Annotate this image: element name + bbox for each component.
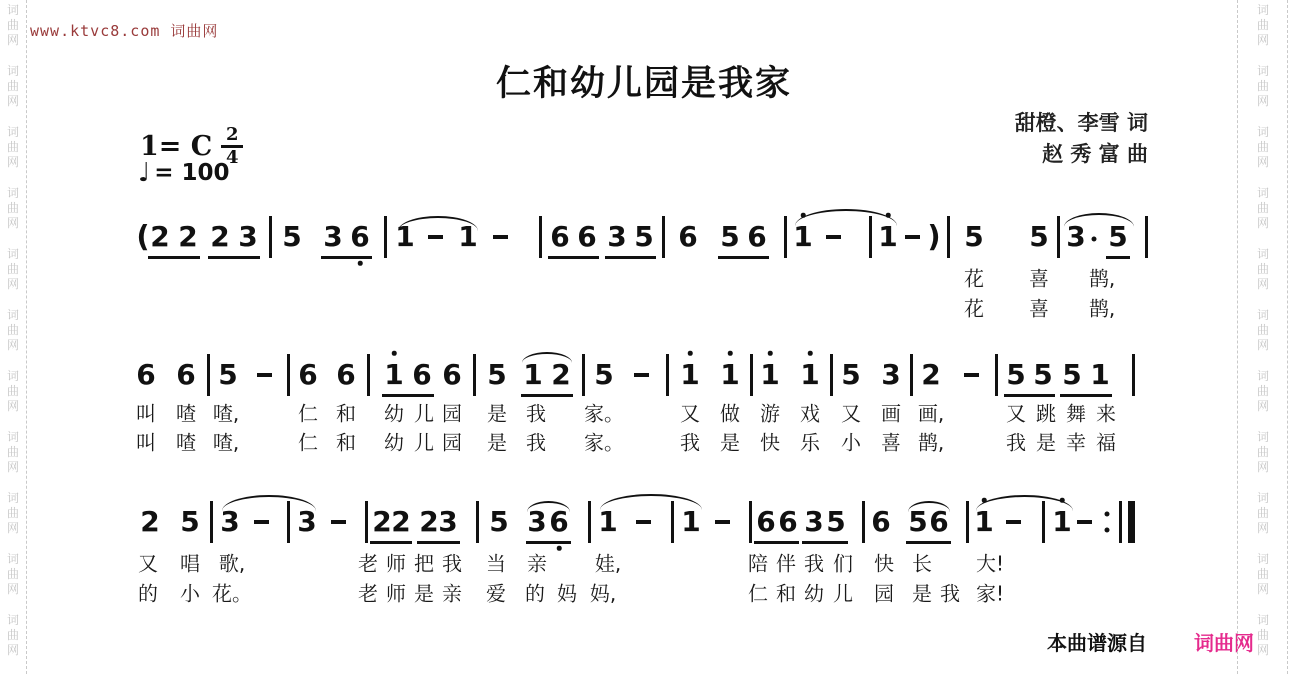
- note-digit: 2: [178, 223, 197, 251]
- border-dashed-line: [1237, 0, 1238, 674]
- tempo-marking: ♩ = 100: [138, 160, 230, 186]
- note-digit: 1: [793, 223, 812, 251]
- note-digit: 3: [607, 223, 626, 251]
- note-digit: 6: [350, 223, 369, 251]
- duration-dash: [331, 520, 346, 524]
- lyricist-credit: 甜橙、李雪 词: [1015, 108, 1148, 139]
- site-watermark: www.ktvc8.com 词曲网: [30, 20, 218, 41]
- lyric-syllable: 喜: [1029, 263, 1049, 292]
- barline: [749, 501, 752, 543]
- note-digit: 1: [598, 508, 617, 536]
- lyric-syllable: 我: [804, 548, 824, 577]
- lyric-syllable: 和: [336, 427, 356, 456]
- border-watermark-char: 曲: [7, 446, 19, 458]
- note-digit: 5: [720, 223, 739, 251]
- lyric-syllable: 福: [1096, 427, 1116, 456]
- barline: [582, 354, 585, 396]
- beam-line: [1004, 394, 1055, 397]
- border-watermark-char: 网: [1257, 400, 1269, 412]
- border-watermark-char: 词: [1257, 126, 1269, 138]
- repeat-dot: [1105, 528, 1110, 533]
- border-watermark-char: 曲: [7, 80, 19, 92]
- note-digit: 5: [180, 508, 199, 536]
- duration-dash: [826, 235, 841, 239]
- lyric-syllable: 是: [487, 427, 507, 456]
- lyric-syllable: 喳: [176, 427, 196, 456]
- border-dashed-line: [26, 0, 27, 674]
- note-digit: 5: [1033, 361, 1052, 389]
- barline: [862, 501, 865, 543]
- note-digit: 6: [549, 508, 568, 536]
- border-watermark-char: 网: [7, 583, 19, 595]
- border-watermark-char: 网: [1257, 34, 1269, 46]
- border-dashed-line: [1287, 0, 1288, 674]
- lyric-syllable: 幼: [804, 578, 824, 607]
- note-digit: 2: [210, 223, 229, 251]
- note-digit: 2: [372, 508, 391, 536]
- note-digit: 1: [720, 361, 739, 389]
- border-watermark-char: 词: [7, 65, 19, 77]
- note-digit: 3: [1066, 223, 1085, 251]
- border-watermark-char: 词: [7, 431, 19, 443]
- border-watermark-char: 词: [7, 309, 19, 321]
- lyric-syllable: 我: [526, 427, 546, 456]
- note-digit: 3: [238, 223, 257, 251]
- lyric-syllable: 是: [912, 578, 932, 607]
- duration-dash: [257, 373, 272, 377]
- lyric-syllable: 又: [138, 548, 158, 577]
- phrase-paren: (: [136, 223, 149, 252]
- note-digit: 3: [323, 223, 342, 251]
- note-digit: 5: [964, 223, 983, 251]
- border-watermark-char: 网: [7, 156, 19, 168]
- barline: [269, 216, 272, 258]
- lyric-syllable: 花: [964, 293, 984, 322]
- lyric-syllable: 叫: [136, 398, 156, 427]
- lyric-syllable: 又: [680, 398, 700, 427]
- note-digit: 2: [551, 361, 570, 389]
- note-digit: 6: [298, 361, 317, 389]
- border-watermark-char: 曲: [1257, 202, 1269, 214]
- barline: [1057, 216, 1060, 258]
- lyric-syllable: 跳: [1036, 398, 1056, 427]
- footer-brand: 词曲网: [1194, 627, 1254, 656]
- note-digit: 5: [282, 223, 301, 251]
- border-watermark-char: 词: [1257, 65, 1269, 77]
- lyric-syllable: 我: [940, 578, 960, 607]
- lyric-syllable: 又: [1006, 398, 1026, 427]
- beam-line: [382, 394, 434, 397]
- lyric-syllable: 老: [358, 578, 378, 607]
- lyric-syllable: 是: [487, 398, 507, 427]
- border-watermark-char: 曲: [1257, 80, 1269, 92]
- source-label: 本曲谱源自: [1047, 627, 1147, 656]
- lyric-syllable: 家。: [584, 398, 624, 427]
- lyric-syllable: 快: [874, 548, 894, 577]
- barline: [750, 354, 753, 396]
- lyric-syllable: 的: [525, 578, 545, 607]
- border-watermark-char: 曲: [1257, 324, 1269, 336]
- beam-line: [718, 256, 769, 259]
- border-watermark-char: 曲: [7, 202, 19, 214]
- lyric-syllable: 园: [442, 427, 462, 456]
- lyric-syllable: 师: [386, 548, 406, 577]
- barline: [207, 354, 210, 396]
- border-watermark-char: 词: [1257, 492, 1269, 504]
- border-watermark-char: 网: [7, 339, 19, 351]
- barline: [784, 216, 787, 258]
- duration-dash: [636, 520, 651, 524]
- border-watermark-char: 网: [7, 34, 19, 46]
- border-watermark-char: 网: [7, 461, 19, 473]
- lyric-syllable: 儿: [833, 578, 853, 607]
- lyric-syllable: 师: [386, 578, 406, 607]
- note-digit: 5: [487, 361, 506, 389]
- note-digit: 6: [929, 508, 948, 536]
- border-watermark-char: 词: [1257, 553, 1269, 565]
- border-watermark-char: 词: [7, 614, 19, 626]
- lyric-syllable: 园: [874, 578, 894, 607]
- octave-dot-low: [557, 546, 562, 551]
- duration-dash: [964, 373, 979, 377]
- border-watermark-char: 网: [1257, 522, 1269, 534]
- note-digit: 6: [550, 223, 569, 251]
- lyric-syllable: 我: [442, 548, 462, 577]
- slur-arc: [222, 495, 316, 511]
- lyric-syllable: 仁: [298, 398, 318, 427]
- octave-dot-high: [392, 351, 397, 356]
- note-digit: 2: [391, 508, 410, 536]
- border-watermark-char: 网: [1257, 339, 1269, 351]
- lyric-syllable: 和: [776, 578, 796, 607]
- augmentation-dot: [1092, 237, 1097, 242]
- barline: [1145, 216, 1148, 258]
- border-watermark-char: 曲: [7, 141, 19, 153]
- note-digit: 6: [871, 508, 890, 536]
- note-digit: 5: [1006, 361, 1025, 389]
- note-digit: 6: [678, 223, 697, 251]
- border-watermark-char: 曲: [1257, 19, 1269, 31]
- lyric-syllable: 歌,: [219, 548, 245, 577]
- note-digit: 5: [594, 361, 613, 389]
- lyric-syllable: 大!: [976, 548, 1004, 577]
- barline: [287, 354, 290, 396]
- border-watermark-char: 曲: [1257, 385, 1269, 397]
- note-digit: 5: [908, 508, 927, 536]
- octave-dot-low: [358, 261, 363, 266]
- note-digit: 6: [176, 361, 195, 389]
- note-digit: 6: [412, 361, 431, 389]
- lyric-syllable: 老: [358, 548, 378, 577]
- beam-line: [521, 394, 573, 397]
- beam-line: [208, 256, 260, 259]
- border-watermark-char: 网: [7, 522, 19, 534]
- duration-dash: [905, 235, 920, 239]
- border-watermark-char: 词: [1257, 187, 1269, 199]
- lyric-syllable: 唱: [180, 548, 200, 577]
- barline: [367, 354, 370, 396]
- note-digit: 6: [336, 361, 355, 389]
- lyric-syllable: 快: [760, 427, 780, 456]
- note-digit: 3: [527, 508, 546, 536]
- note-digit: 6: [442, 361, 461, 389]
- barline: [662, 216, 665, 258]
- border-watermark-char: 词: [1257, 431, 1269, 443]
- lyric-syllable: 戏: [800, 398, 820, 427]
- note-digit: 3: [438, 508, 457, 536]
- note-digit: 6: [136, 361, 155, 389]
- lyric-syllable: 和: [336, 398, 356, 427]
- beam-line: [370, 541, 412, 544]
- border-watermark-char: 词: [7, 187, 19, 199]
- lyric-syllable: 叫: [136, 427, 156, 456]
- key-label: 1= C: [140, 131, 212, 162]
- lyric-syllable: 把: [414, 548, 434, 577]
- lyric-syllable: 来: [1096, 398, 1116, 427]
- note-digit: 3: [881, 361, 900, 389]
- border-watermark-char: 词: [1257, 309, 1269, 321]
- duration-dash: [428, 235, 443, 239]
- border-watermark-char: 词: [7, 126, 19, 138]
- border-watermark-char: 曲: [1257, 507, 1269, 519]
- note-digit: 1: [384, 361, 403, 389]
- border-watermark-char: 网: [1257, 95, 1269, 107]
- border-watermark-char: 曲: [7, 507, 19, 519]
- slur-arc: [908, 501, 950, 512]
- barline: [830, 354, 833, 396]
- note-digit: 2: [921, 361, 940, 389]
- sheet-music-page: www.ktvc8.com 词曲网 仁和幼儿园是我家 甜橙、李雪 词 赵 秀 富…: [0, 0, 1290, 674]
- border-watermark-char: 词: [7, 492, 19, 504]
- slur-arc: [600, 494, 702, 510]
- beam-line: [526, 541, 571, 544]
- slur-arc: [1064, 213, 1134, 227]
- quarter-note-icon: ♩: [138, 160, 150, 186]
- beam-line: [605, 256, 656, 259]
- note-digit: 2: [140, 508, 159, 536]
- barline: [365, 501, 368, 543]
- barline: [1132, 354, 1135, 396]
- border-watermark-char: 词: [7, 4, 19, 16]
- beam-line: [148, 256, 200, 259]
- border-watermark-char: 网: [1257, 461, 1269, 473]
- lyric-syllable: 乐: [800, 427, 820, 456]
- border-watermark-char: 曲: [1257, 263, 1269, 275]
- lyric-syllable: 画,: [918, 398, 944, 427]
- slur-arc: [522, 352, 572, 363]
- song-title: 仁和幼儿园是我家: [496, 56, 792, 106]
- phrase-paren: ): [927, 223, 940, 252]
- barline: [947, 216, 950, 258]
- lyric-syllable: 儿: [414, 427, 434, 456]
- barline: [384, 216, 387, 258]
- slur-arc: [795, 209, 897, 226]
- credits: 甜橙、李雪 词 赵 秀 富 曲: [1015, 108, 1148, 170]
- lyric-syllable: 做: [720, 398, 740, 427]
- duration-dash: [254, 520, 269, 524]
- note-digit: 6: [747, 223, 766, 251]
- barline: [588, 501, 591, 543]
- border-watermark-char: 网: [7, 400, 19, 412]
- duration-dash: [1006, 520, 1021, 524]
- lyric-syllable: 幸: [1066, 427, 1086, 456]
- note-digit: 3: [804, 508, 823, 536]
- border-watermark-char: 词: [1257, 370, 1269, 382]
- note-digit: 6: [778, 508, 797, 536]
- lyric-syllable: 亲: [442, 578, 462, 607]
- note-digit: 5: [489, 508, 508, 536]
- lyric-syllable: 鹊,: [1089, 293, 1115, 322]
- lyric-syllable: 是: [1036, 427, 1056, 456]
- lyric-syllable: 喳: [176, 398, 196, 427]
- slur-arc: [398, 216, 478, 231]
- border-watermark-char: 网: [1257, 644, 1269, 656]
- lyric-syllable: 陪: [748, 548, 768, 577]
- beam-line: [1106, 256, 1130, 259]
- note-digit: 2: [419, 508, 438, 536]
- note-digit: 3: [297, 508, 316, 536]
- duration-dash: [1077, 520, 1092, 524]
- barline: [910, 354, 913, 396]
- lyric-syllable: 喳,: [213, 398, 239, 427]
- lyric-syllable: 园: [442, 398, 462, 427]
- lyric-syllable: 爱: [486, 578, 506, 607]
- border-watermark-char: 曲: [7, 568, 19, 580]
- border-watermark-char: 曲: [7, 629, 19, 641]
- barline: [539, 216, 542, 258]
- note-digit: 1: [760, 361, 779, 389]
- lyric-syllable: 喜: [881, 427, 901, 456]
- lyric-syllable: 是: [414, 578, 434, 607]
- lyric-syllable: 家。: [584, 427, 624, 456]
- lyric-syllable: 当: [486, 548, 506, 577]
- note-digit: 1: [681, 508, 700, 536]
- octave-dot-high: [808, 351, 813, 356]
- barline: [473, 354, 476, 396]
- border-watermark-char: 网: [7, 644, 19, 656]
- lyric-syllable: 花: [964, 263, 984, 292]
- border-watermark-char: 词: [1257, 614, 1269, 626]
- lyric-syllable: 的: [138, 578, 158, 607]
- beam-line: [906, 541, 951, 544]
- repeat-dot: [1105, 512, 1110, 517]
- barline: [666, 354, 669, 396]
- beam-line: [321, 256, 372, 259]
- lyric-syllable: 又: [841, 398, 861, 427]
- lyric-syllable: 鹊,: [1089, 263, 1115, 292]
- lyric-syllable: 长: [912, 548, 932, 577]
- lyric-syllable: 仁: [298, 427, 318, 456]
- note-digit: 5: [1062, 361, 1081, 389]
- note-digit: 1: [523, 361, 542, 389]
- lyric-syllable: 游: [760, 398, 780, 427]
- slur-arc: [976, 495, 1073, 511]
- lyric-syllable: 亲: [527, 548, 547, 577]
- duration-dash: [493, 235, 508, 239]
- border-watermark-char: 网: [7, 278, 19, 290]
- octave-dot-high: [768, 351, 773, 356]
- barline: [995, 354, 998, 396]
- border-watermark-char: 网: [1257, 583, 1269, 595]
- border-watermark-char: 网: [7, 217, 19, 229]
- tempo-value: = 100: [154, 160, 229, 186]
- lyric-syllable: 仁: [748, 578, 768, 607]
- octave-dot-high: [688, 351, 693, 356]
- border-watermark-char: 网: [7, 95, 19, 107]
- note-digit: 6: [577, 223, 596, 251]
- note-digit: 1: [878, 223, 897, 251]
- border-watermark-char: 曲: [1257, 141, 1269, 153]
- duration-dash: [634, 373, 649, 377]
- note-digit: 1: [800, 361, 819, 389]
- slur-arc: [527, 501, 570, 512]
- lyric-syllable: 我: [1006, 427, 1026, 456]
- note-digit: 5: [1108, 223, 1127, 251]
- barline: [966, 501, 969, 543]
- lyric-syllable: 我: [526, 398, 546, 427]
- border-watermark-char: 曲: [1257, 446, 1269, 458]
- lyric-syllable: 幼: [384, 398, 404, 427]
- border-watermark-char: 曲: [7, 385, 19, 397]
- border-watermark-char: 网: [1257, 217, 1269, 229]
- beam-line: [548, 256, 599, 259]
- note-digit: 1: [1090, 361, 1109, 389]
- border-watermark-char: 词: [1257, 4, 1269, 16]
- barline: [210, 501, 213, 543]
- border-watermark-char: 词: [7, 553, 19, 565]
- meter-numerator: 2: [226, 126, 239, 144]
- lyric-syllable: 花。: [212, 578, 252, 607]
- lyric-syllable: 是: [720, 427, 740, 456]
- final-barline: [1128, 501, 1135, 543]
- lyric-syllable: 娃,: [595, 548, 621, 577]
- note-digit: 5: [218, 361, 237, 389]
- note-digit: 5: [634, 223, 653, 251]
- note-digit: 5: [826, 508, 845, 536]
- composer-credit: 赵 秀 富 曲: [1015, 139, 1148, 170]
- lyric-syllable: 我: [680, 427, 700, 456]
- note-digit: 6: [756, 508, 775, 536]
- lyric-syllable: 儿: [414, 398, 434, 427]
- border-watermark-char: 词: [7, 248, 19, 260]
- border-watermark-char: 曲: [7, 263, 19, 275]
- lyric-syllable: 幼: [384, 427, 404, 456]
- beam-line: [1060, 394, 1112, 397]
- note-digit: 2: [150, 223, 169, 251]
- beam-line: [802, 541, 848, 544]
- border-watermark-char: 曲: [1257, 629, 1269, 641]
- beam-line: [417, 541, 460, 544]
- lyric-syllable: 们: [833, 548, 853, 577]
- border-watermark-char: 网: [1257, 278, 1269, 290]
- lyric-syllable: 小: [841, 427, 861, 456]
- lyric-syllable: 妈,: [590, 578, 616, 607]
- note-digit: 1: [1052, 508, 1071, 536]
- lyric-syllable: 画: [881, 398, 901, 427]
- note-digit: 1: [680, 361, 699, 389]
- beam-line: [754, 541, 799, 544]
- border-watermark-char: 曲: [7, 19, 19, 31]
- lyric-syllable: 妈: [557, 578, 577, 607]
- note-digit: 3: [220, 508, 239, 536]
- lyric-syllable: 家!: [976, 578, 1004, 607]
- border-watermark-char: 曲: [7, 324, 19, 336]
- lyric-syllable: 伴: [776, 548, 796, 577]
- lyric-syllable: 舞: [1066, 398, 1086, 427]
- barline: [476, 501, 479, 543]
- note-digit: 5: [841, 361, 860, 389]
- border-watermark-char: 词: [7, 370, 19, 382]
